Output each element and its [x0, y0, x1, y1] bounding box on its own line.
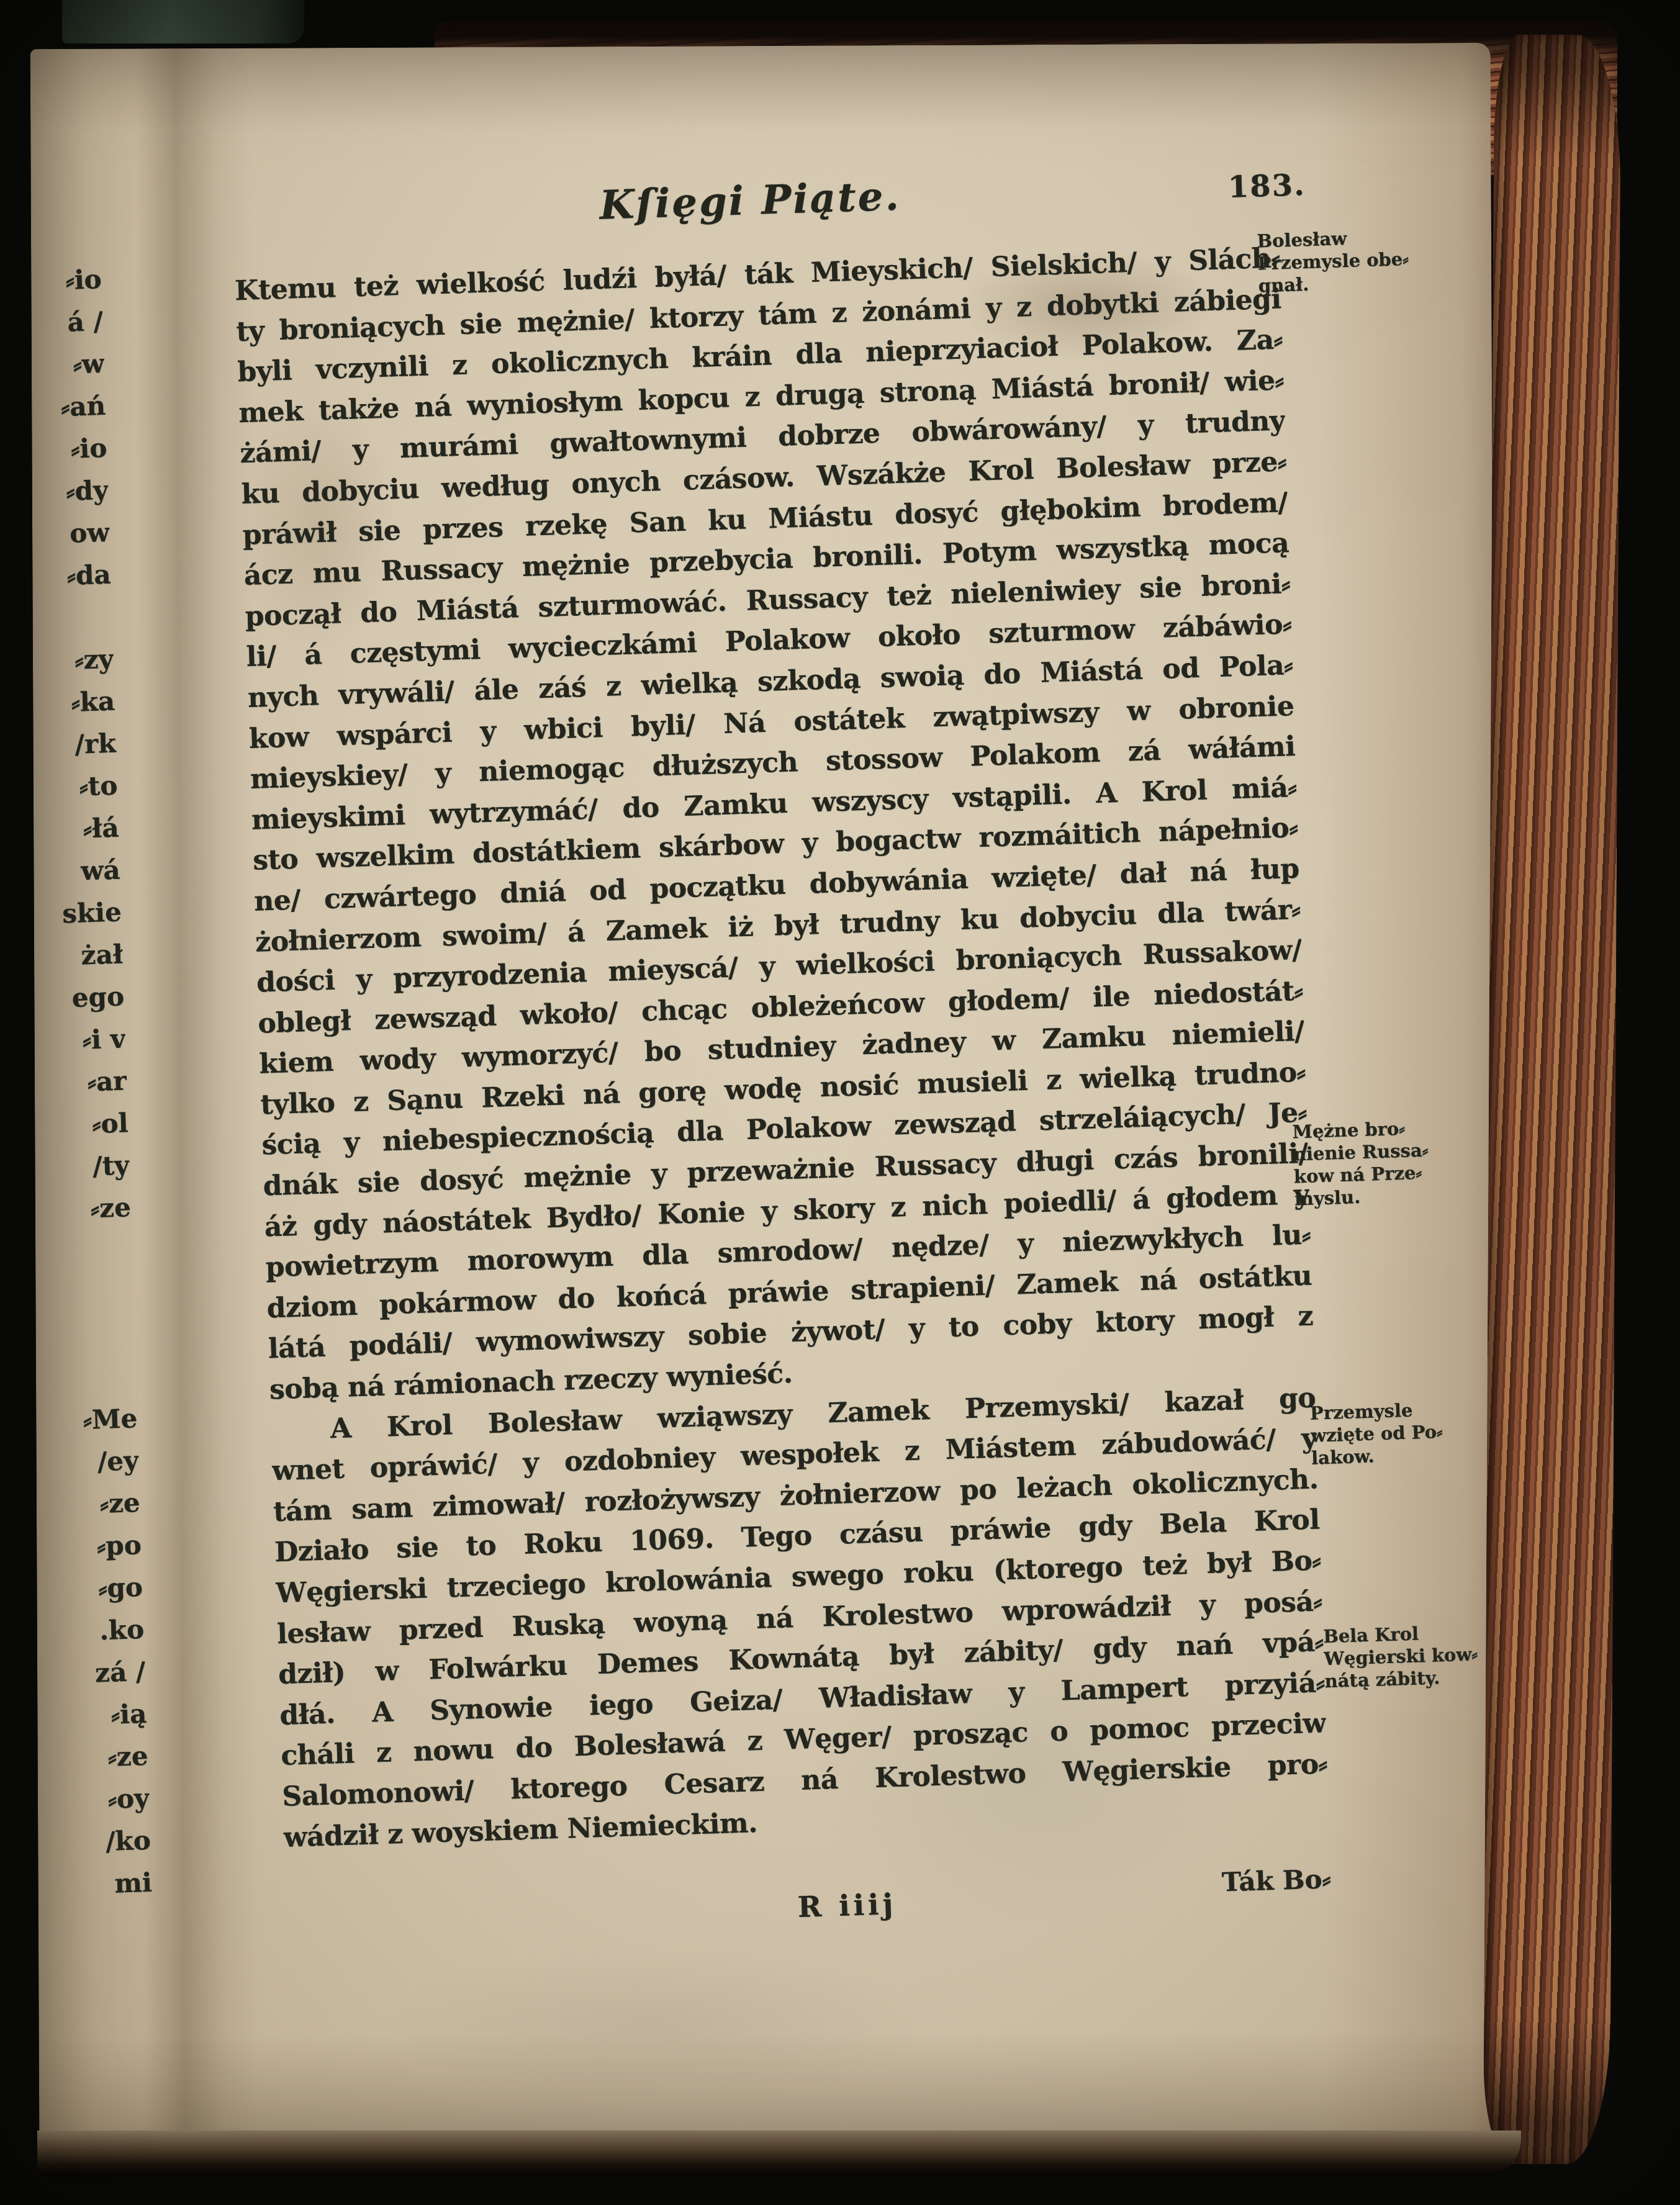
margin-note: Mężne bro⸗nienie Russa⸗kow ná Prze⸗myslu… — [1292, 1114, 1499, 1211]
left-edge-fragment: ty/ — [41, 1150, 130, 1183]
book-cover-corner — [62, 0, 304, 43]
left-edge-fragment: ze⸗ — [52, 1487, 141, 1521]
left-edge-fragment: ań⸗ — [30, 390, 106, 424]
left-edge-fragment: żał — [34, 939, 123, 972]
left-edge-fragment: ka⸗ — [30, 686, 115, 719]
margin-note: Bela KrolWęgierski kow⸗nátą zábity. — [1323, 1618, 1500, 1692]
left-edge-text-fragments: io⸗/ áw⸗ań⸗io⸗dy⸗owda⸗zy⸗ka⸗rk/to⸗łá⸗wás… — [30, 66, 165, 2140]
left-edge-fragment: to⸗ — [30, 770, 118, 804]
left-edge-fragment: ko/ — [62, 1825, 151, 1858]
left-edge-fragment: ze⸗ — [42, 1192, 132, 1225]
left-edge-fragment: ey/ — [50, 1445, 139, 1478]
left-edge-fragment: da⸗ — [30, 559, 112, 593]
left-edge-fragment: Me⸗ — [49, 1403, 138, 1436]
left-edge-fragment: / á — [30, 306, 104, 339]
left-edge-fragment: ego — [35, 981, 124, 1014]
left-edge-fragment: oy⸗ — [61, 1783, 150, 1816]
left-edge-fragment: dy⸗ — [30, 475, 109, 508]
printed-content: io⸗/ áw⸗ań⸗io⸗dy⸗owda⸗zy⸗ka⸗rk/to⸗łá⸗wás… — [30, 43, 1500, 2140]
left-edge-fragment: ze⸗ — [60, 1741, 149, 1774]
left-edge-fragment: po⸗ — [53, 1530, 142, 1563]
left-edge-fragment: ar⸗ — [38, 1065, 128, 1099]
left-edge-fragment: rk/ — [30, 728, 117, 761]
book-fore-edge-pages — [1483, 34, 1621, 2164]
running-header: Kſięgi Piąte. — [408, 167, 1092, 235]
left-edge-fragment: ko. — [55, 1614, 144, 1647]
left-edge-fragment: io⸗ — [30, 433, 107, 466]
left-edge-fragment: mi — [63, 1867, 152, 1900]
signature-mark: R iiij — [747, 1886, 947, 1926]
left-edge-fragment: wá — [32, 855, 120, 888]
left-edge-fragment: ol⸗ — [40, 1107, 129, 1141]
left-edge-fragment: ow — [30, 517, 111, 550]
left-edge-fragment: zy⸗ — [30, 644, 114, 677]
left-edge-fragment: łá⸗ — [30, 813, 120, 846]
left-edge-fragment: skie — [33, 897, 122, 930]
body-text: Ktemu też wielkość ludźi byłá/ ták Mieys… — [234, 238, 1329, 1869]
margin-note: BolesławPrzemysle obe⸗gnał. — [1257, 223, 1473, 297]
left-edge-fragment: go⸗ — [54, 1572, 143, 1605]
left-edge-fragment: ią⸗ — [58, 1698, 148, 1732]
margin-note: Przemyslewzięte od Po⸗lakow. — [1309, 1396, 1499, 1469]
left-edge-fragment: w⸗ — [30, 348, 105, 382]
left-edge-fragment: io⸗ — [30, 264, 102, 297]
book-page: io⸗/ áw⸗ań⸗io⸗dy⸗owda⸗zy⸗ka⸗rk/to⸗łá⸗wás… — [30, 43, 1500, 2140]
catchword: Ták Bo⸗ — [1119, 1864, 1331, 1901]
book-bottom-page-edges — [37, 2131, 1521, 2176]
page-number: 183. — [1227, 166, 1365, 205]
left-edge-fragment: / zá — [56, 1656, 145, 1689]
left-edge-fragment: i v⸗ — [37, 1023, 126, 1057]
photo-scene: { "header": { "title": "Kſięgi Piąte.", … — [0, 0, 1680, 2205]
